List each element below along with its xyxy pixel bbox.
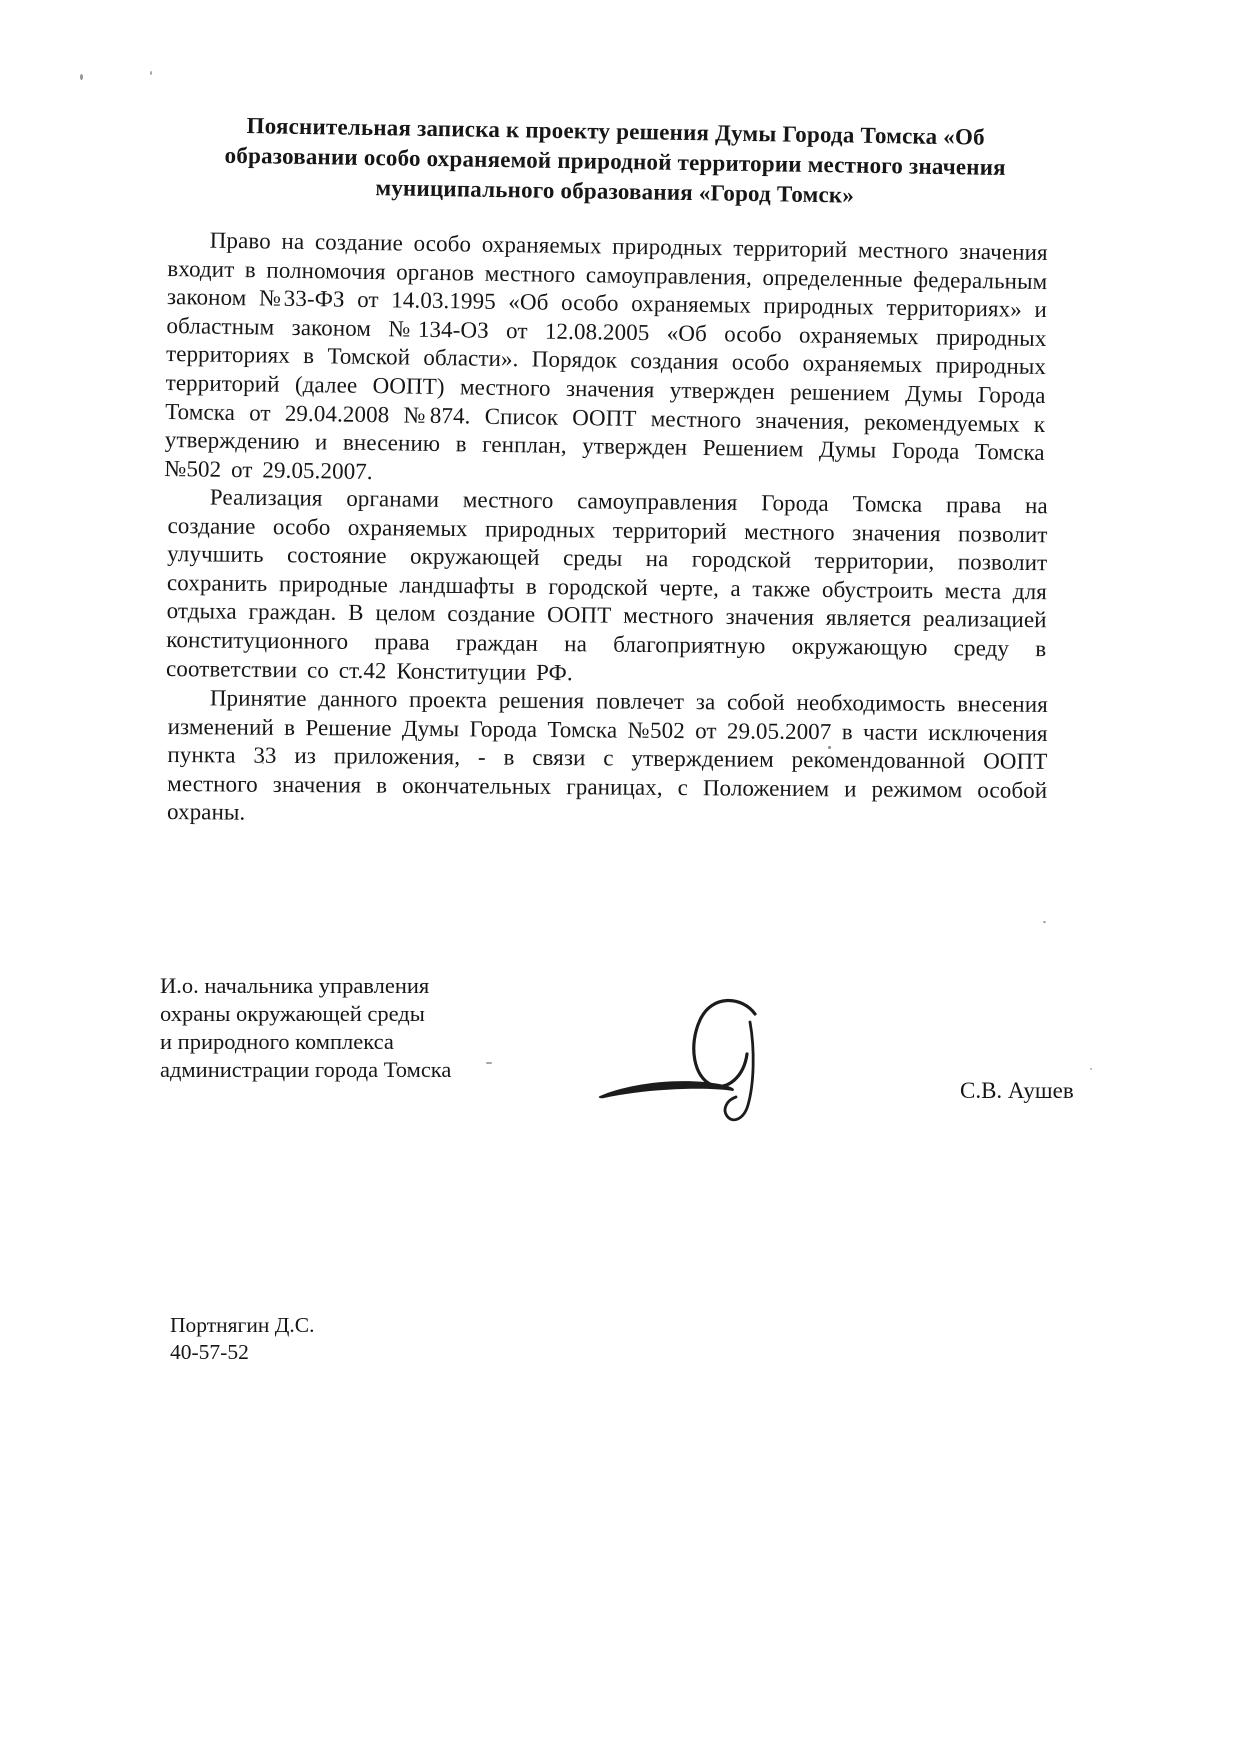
body-paragraph-3: Принятие данного проекта решения повлече… <box>167 684 1048 834</box>
footer-contact-block: Портнягин Д.С. 40-57-52 <box>170 1312 315 1366</box>
scan-speck <box>828 746 831 749</box>
signature-title-line: охраны окружающей среды <box>160 1000 580 1028</box>
scan-speck <box>1090 1068 1092 1070</box>
scan-speck <box>486 1062 492 1064</box>
contact-name: Портнягин Д.С. <box>170 1312 315 1339</box>
scan-speck <box>150 71 152 75</box>
body-paragraph-2: Реализация органами местного самоуправле… <box>166 483 1048 692</box>
signer-name: С.В. Аушев <box>960 1078 1074 1104</box>
body-paragraph-1: Право на создание особо охраняемых приро… <box>164 226 1048 496</box>
document-page: Пояснительная записка к проекту решения … <box>0 0 1244 1750</box>
scan-speck <box>80 74 83 80</box>
contact-phone: 40-57-52 <box>170 1339 315 1366</box>
signature-title-line: и природного комплекса <box>160 1028 580 1056</box>
handwritten-signature-icon <box>592 992 802 1127</box>
document-title: Пояснительная записка к проекту решения … <box>179 110 1052 214</box>
scan-speck <box>262 762 264 764</box>
scan-speck <box>1043 921 1046 923</box>
signature-title-line: И.о. начальника управления <box>160 972 580 1000</box>
signature-title-line: администрации города Томска <box>160 1056 580 1084</box>
signature-title-block: И.о. начальника управления охраны окружа… <box>160 972 580 1084</box>
document-body: Право на создание особо охраняемых приро… <box>168 226 1048 826</box>
